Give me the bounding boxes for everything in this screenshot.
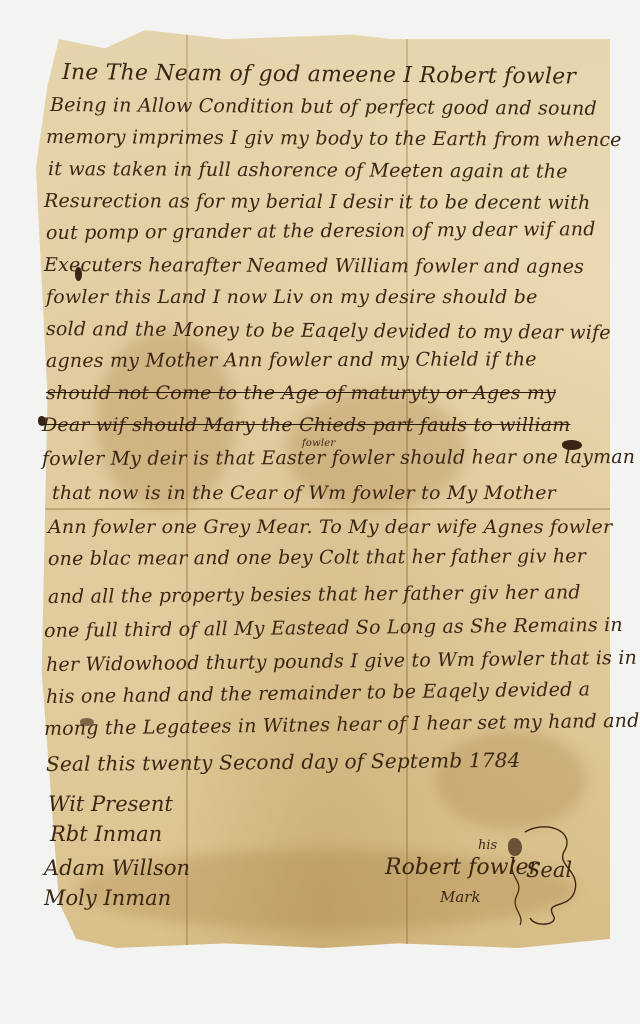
- witness-name: Moly Inman: [44, 886, 171, 910]
- text-line: Ann fowler one Grey Mear. To My dear wif…: [48, 516, 612, 538]
- witness-name: Rbt Inman: [50, 822, 162, 846]
- struck-text-line: should not Come to the Age of maturyty o…: [46, 382, 556, 404]
- seal-scroll-flourish: [505, 820, 585, 930]
- text-line: sold and the Money to be Eaqely devided …: [46, 318, 611, 344]
- text-line: that now is in the Cear of Wm fowler to …: [52, 482, 556, 504]
- witness-heading: Wit Present: [48, 792, 173, 816]
- text-line: fowler this Land I now Liv on my desire …: [46, 286, 538, 308]
- text-line: memory imprimes I giv my body to the Ear…: [46, 126, 622, 151]
- horizontal-fold-crease: [36, 508, 610, 510]
- signature-mark: Mark: [440, 888, 481, 906]
- witness-name: Adam Willson: [44, 856, 190, 880]
- text-line: Seal this twenty Second day of Septemb 1…: [46, 748, 521, 776]
- text-line: Executers hearafter Neamed William fowle…: [44, 254, 584, 278]
- text-line: and all the property besies that her fat…: [48, 581, 581, 608]
- text-line: it was taken in full ashorence of Meeten…: [48, 158, 568, 183]
- text-line: Resurection as for my berial I desir it …: [44, 190, 591, 214]
- text-line: Ine The Neam of god ameene I Robert fowl…: [62, 60, 576, 89]
- signature-his: his: [478, 838, 497, 853]
- text-line: out pomp or grander at the deresion of m…: [46, 218, 596, 244]
- text-line: one blac mear and one bey Colt that her …: [48, 545, 586, 570]
- water-stain: [436, 730, 586, 830]
- text-line: agnes my Mother Ann fowler and my Chield…: [46, 348, 537, 372]
- text-line: fowler My deir is that Easter fowler sho…: [42, 446, 635, 470]
- text-line: Being in Allow Condition but of perfect …: [50, 94, 597, 120]
- struck-text-line: Dear wif should Mary the Chieds part fau…: [42, 414, 570, 436]
